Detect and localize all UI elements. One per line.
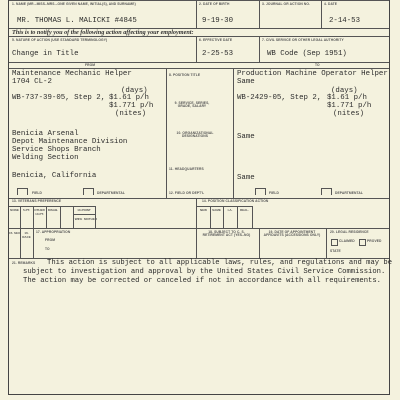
affidavit-label: 19. DATE OF APPOINTMENT AFFIDAVITS (ACCE… [262,231,322,238]
appropriation-to: TO [45,248,50,251]
dob-value: 9-19-30 [202,17,233,25]
remarks-line-3: The action may be corrected or canceled … [23,277,381,285]
remarks-label: 21. REMARKS [12,262,35,265]
name-label: 1. NAME (MR.–MISS–MRS.–ONE GIVEN NAME, I… [12,3,136,6]
to-header: TO [315,64,320,67]
class-new-col: NEW [197,208,210,212]
proved-label: PROVED [367,240,382,243]
vet-5pt-col: 5-PT. [20,208,33,212]
org-label: 10. ORGANIZATIONAL DESIGNATIONS [169,132,221,139]
personnel-action-form: 1. NAME (MR.–MISS–MRS.–ONE GIVEN NAME, I… [8,0,390,395]
to-dept-label: DEPARTMENTAL [335,192,363,195]
date-value: 2-14-53 [329,17,360,25]
classification-label: 14. POSITION CLASSIFICATION ACTION [202,200,268,203]
vet-wife-col: WIFE [73,217,84,221]
veterans-label: 13. VETERANS PREFERENCE [12,200,61,203]
divider [252,206,253,228]
effective-label: 6. EFFECTIVE DATE [199,39,232,42]
from-dept-checkbox[interactable] [83,188,94,195]
from-pay-grade: WB-737-39-05, Step 2, [12,94,105,102]
to-pay-nites: (nites) [333,110,364,118]
state-label: STATE [330,250,341,253]
authority-value: WB Code (Sep 1951) [267,50,347,58]
claimed-checkbox[interactable] [331,239,338,246]
headquarters-label: 11. HEADQUARTERS [169,168,204,171]
dob-label: 2. DATE OF BIRTH [199,3,229,6]
to-field-label: FIELD [269,192,279,195]
divider [9,206,95,207]
vet-none-col: NONE [9,208,20,212]
class-real-col: REAL. [237,208,252,212]
divider [259,0,260,28]
date-label: 4. DATE [324,3,337,6]
claimed-label: CLAIMED [339,240,355,243]
divider [259,36,260,62]
from-pay-nites: (nites) [115,110,146,118]
divider [9,62,389,63]
divider [321,0,322,28]
from-title-code: 1704 CL-2 [12,78,52,86]
to-headquarters: Same [237,174,255,182]
to-dept-checkbox[interactable] [321,188,332,195]
position-title-label: 8. POSITION TITLE [169,74,200,77]
service-label: 9. SERVICE, SERIES, GRADE, SALARY [169,102,215,109]
notice-text: This is to notify you of the following a… [12,29,194,36]
divider [233,68,234,198]
nature-label: 5. NATURE OF ACTION (USE STANDARD TERMIN… [12,39,107,42]
divider [9,36,389,37]
race-label: 16. RACE [20,231,33,239]
nature-value: Change in Title [12,50,79,58]
class-ia-col: I.A. [223,208,237,212]
retirement-label: 18. SUBJECT TO C. S. RETIREMENT ACT (YES… [199,231,254,238]
name-value: MR. THOMAS L. MALICKI #4845 [17,17,137,25]
remarks-line-1: This action is subject to all applicable… [47,259,392,267]
legal-residence-label: 20. LEGAL RESIDENCE [330,231,369,234]
journal-label: 3. JOURNAL OR ACTION NO. [262,3,310,6]
divider [9,0,389,1]
from-org-4: Welding Section [12,154,79,162]
divider [326,228,327,258]
to-title: Production Machine Operator Helper [237,70,388,78]
divider [73,214,95,215]
appropriation-from: FROM [45,239,55,242]
remarks-line-2: subject to investigation and approval by… [23,268,385,276]
vet-disab-col: DISAB. [46,208,60,212]
divider [9,198,389,199]
from-headquarters: Benicia, California [12,172,96,180]
from-field-checkbox[interactable] [17,188,28,195]
to-org: Same [237,133,255,141]
from-header: FROM [85,64,95,67]
to-pay-grade: WB-2429-05, Step 2, [237,94,321,102]
field-dept-label: 12. FIELD OR DEPT'L [169,192,204,195]
to-field-checkbox[interactable] [255,188,266,195]
divider [9,68,389,69]
divider [196,36,197,62]
sex-label: 15. SEX [9,231,20,235]
divider [60,206,61,228]
effective-value: 2-25-53 [202,50,233,58]
class-same-col: SAME [210,208,223,212]
from-field-label: FIELD [32,192,42,195]
vet-other-col: OTHER 10-PT. [33,208,46,216]
divider [196,206,252,207]
appropriation-label: 17. APPROPRIATION [36,231,70,234]
divider [196,228,197,258]
vet-mother-col: MOTHER [84,217,95,221]
divider [166,68,167,198]
authority-label: 7. CIVIL SERVICE OR OTHER LEGAL AUTHORIT… [262,39,344,42]
divider [33,228,34,258]
document-page: 1. NAME (MR.–MISS–MRS.–ONE GIVEN NAME, I… [0,0,400,400]
divider [259,228,260,258]
from-dept-label: DEPARTMENTAL [97,192,125,195]
proved-checkbox[interactable] [359,239,366,246]
to-title-code: Same [237,78,255,86]
divider [9,228,389,229]
vet-10pt-header: 10-POINT [73,208,95,212]
divider [196,0,197,28]
divider [196,198,197,228]
